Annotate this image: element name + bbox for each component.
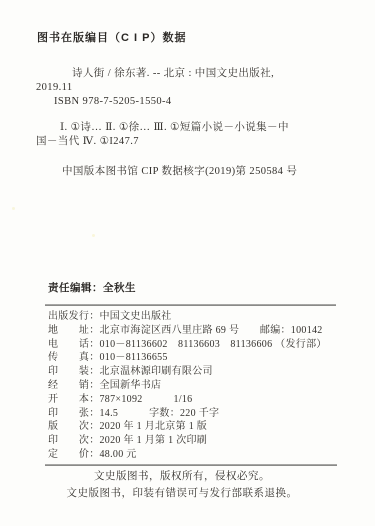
publication-info-label: 出版发行： <box>48 310 100 324</box>
cip-classification-line-1: Ⅰ. ①诗… Ⅱ. ①徐… Ⅲ. ①短篇小说－小说集－中 <box>36 121 346 135</box>
cip-record-number: 中国版本图书馆 CIP 数据核字(2019)第 250584 号 <box>62 163 297 178</box>
cip-isbn-line: ISBN 978-7-5205-1550-4 <box>36 95 346 109</box>
scan-speck <box>92 234 95 237</box>
copyright-page: 图书在版编目（C I P）数据 诗人街 / 徐东著. -- 北京 : 中国文史出… <box>0 0 375 526</box>
return-policy-line: 文史版图书，印装有错误可与发行部联系退换。 <box>0 486 364 503</box>
publication-info-value: 010－81136655 <box>100 351 168 365</box>
publication-info-value: 2020 年 1 月第 1 次印刷 <box>100 434 208 448</box>
publication-info-value: 中国文史出版社 <box>100 310 172 324</box>
cip-header: 图书在版编目（C I P）数据 <box>37 29 186 45</box>
publication-info-label: 电 话： <box>48 338 100 352</box>
publication-info-row: 印 张：14.5 字数：220 千字 <box>48 407 358 421</box>
publication-info-row: 电 话：010－81136602 81136603 81136606 （发行部） <box>48 338 358 352</box>
publication-info-list: 出版发行：中国文史出版社 地 址：北京市海淀区西八里庄路 69 号 邮编：100… <box>48 310 358 462</box>
publication-info-row: 版 次：2020 年 1 月北京第 1 版 <box>48 420 358 434</box>
publication-info-value: 2020 年 1 月北京第 1 版 <box>100 420 208 434</box>
publication-info-value: 北京市海淀区西八里庄路 69 号 邮编：100142 <box>100 324 323 338</box>
cip-title-line: 诗人街 / 徐东著. -- 北京 : 中国文史出版社, <box>36 67 346 81</box>
publication-info-label: 经 销： <box>48 379 100 393</box>
publication-info-label: 印 次： <box>48 434 100 448</box>
responsible-editor-line: 责任编辑：全秋生 <box>48 280 136 295</box>
publication-info-label: 印 装： <box>48 365 100 379</box>
publication-info-row: 传 真：010－81136655 <box>48 351 358 365</box>
cip-year-line: 2019.11 <box>36 81 346 95</box>
publication-info-value: 48.00 元 <box>100 448 137 462</box>
publication-info-value: 全国新华书店 <box>100 379 162 393</box>
publication-info-row: 出版发行：中国文史出版社 <box>48 310 358 324</box>
publication-info-label: 定 价： <box>48 448 100 462</box>
publication-info-row: 印 装：北京温林源印刷有限公司 <box>48 365 358 379</box>
publication-info-row: 地 址：北京市海淀区西八里庄路 69 号 邮编：100142 <box>48 324 358 338</box>
publication-info-value: 787×1092 1/16 <box>100 393 193 407</box>
cip-classification-line-2: 国－当代 Ⅳ. ①I247.7 <box>36 135 346 149</box>
copyright-notice-line: 文史版图书，版权所有，侵权必究。 <box>0 469 364 486</box>
publication-info-label: 开 本： <box>48 393 100 407</box>
publication-info-value: 010－81136602 81136603 81136606 （发行部） <box>100 338 327 352</box>
publication-info-value: 北京温林源印刷有限公司 <box>100 365 213 379</box>
publication-info-row: 定 价：48.00 元 <box>48 448 358 462</box>
publication-info-value: 14.5 字数：220 千字 <box>100 407 220 421</box>
footer-notices: 文史版图书，版权所有，侵权必究。 文史版图书，印装有错误可与发行部联系退换。 <box>0 469 364 502</box>
cip-block: 诗人街 / 徐东著. -- 北京 : 中国文史出版社, 2019.11 ISBN… <box>36 67 346 149</box>
publication-info-label: 印 张： <box>48 407 100 421</box>
publication-info-label: 地 址： <box>48 324 100 338</box>
scan-speck <box>12 207 15 210</box>
publication-info-row: 开 本：787×1092 1/16 <box>48 393 358 407</box>
publication-info-label: 版 次： <box>48 420 100 434</box>
publication-info-row: 经 销：全国新华书店 <box>48 379 358 393</box>
publication-info-label: 传 真： <box>48 351 100 365</box>
publication-info-row: 印 次：2020 年 1 月第 1 次印刷 <box>48 434 358 448</box>
divider-rule-top <box>45 304 336 306</box>
divider-rule-bottom <box>45 464 337 466</box>
